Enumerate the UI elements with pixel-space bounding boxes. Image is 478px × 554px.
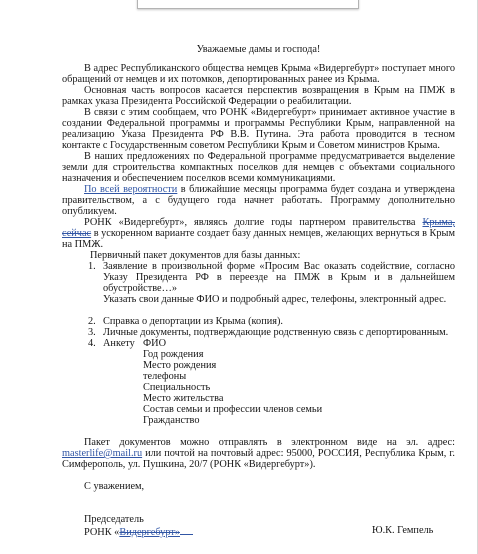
list-item-2: 2. Справка о депортации из Крыма (копия)… (62, 316, 455, 327)
list-number: 4. (88, 338, 96, 349)
paragraph-sending-documents: Пакет документов можно отправлять в элек… (62, 437, 455, 470)
list-item-1-text: Заявление в произвольной форме «Просим В… (103, 261, 455, 294)
underline-tail (180, 525, 193, 535)
email-link[interactable]: masterlife@mail.ru (62, 448, 142, 459)
paragraph-database-rest: в ускоренном варианте создает базу данны… (62, 228, 455, 250)
anketa-field: Год рождения (143, 349, 455, 360)
blank-line (62, 426, 455, 437)
list-item-3-text: Личные документы, подтверждающие родстве… (103, 327, 455, 338)
paragraph-program: В связи с этим сообщаем, что РОНК «Видер… (62, 107, 455, 151)
list-item-3: 3. Личные документы, подтверждающие родс… (62, 327, 455, 338)
salutation: Уважаемые дамы и господа! (62, 44, 455, 55)
paragraph-main-question: Основная часть вопросов касается перспек… (62, 85, 455, 107)
list-item-1: 1. Заявление в произвольной форме «Проси… (62, 261, 455, 305)
list-item-2-text: Справка о депортации из Крыма (копия). (103, 316, 455, 327)
paragraph-database-start: РОНК «Видергебурт», являясь долгие годы … (84, 217, 422, 228)
list-number: 1. (88, 261, 96, 272)
paragraph-proposals: В наших предложениях по Федеральной прог… (62, 151, 455, 184)
closing-text-before-email: Пакет документов можно отправлять в элек… (84, 437, 455, 448)
anketa-field: Гражданство (143, 415, 455, 426)
cropped-ui-panel (137, 0, 359, 9)
tracked-change-inserted-text: Видергебурт» (119, 527, 180, 538)
paragraph-forecast: По всей вероятности в ближайшие месяцы п… (62, 184, 455, 217)
signature-name: Ю.К. Гемпель (372, 525, 433, 536)
anketa-field: Состав семьи и профессии членов семьи (143, 404, 455, 415)
paragraph-intro: В адрес Республиканского общества немцев… (62, 63, 455, 85)
tracked-change-inserted-text: По всей вероятности (84, 184, 177, 195)
signature-block: Председатель РОНК «Видергебурт» Ю.К. Гем… (62, 514, 455, 538)
anketa-field: телефоны (143, 371, 455, 382)
regards-line: С уважением, (62, 481, 455, 492)
list-item-4: 4. Анкету ФИО Год рождения Место рождени… (62, 338, 455, 426)
paragraph-database: РОНК «Видергебурт», являясь долгие годы … (62, 217, 455, 250)
list-number: 3. (88, 327, 96, 338)
anketa-field: Место рождения (143, 360, 455, 371)
list-number: 2. (88, 316, 96, 327)
signature-org-prefix: РОНК « (84, 527, 119, 538)
list-item-1-note: Указать свои данные ФИО и подробный адре… (103, 294, 455, 305)
signature-org-row: РОНК «Видергебурт» Ю.К. Гемпель (62, 525, 455, 538)
signature-title: Председатель (62, 514, 455, 525)
letter-document: Уважаемые дамы и господа! В адрес Респуб… (62, 44, 455, 538)
anketa-field: ФИО (143, 338, 455, 349)
anketa-field: Специальность (143, 382, 455, 393)
blank-line (62, 305, 455, 316)
anketa-field: Место жительства (143, 393, 455, 404)
anketa-fields: ФИО Год рождения Место рождения телефоны… (143, 338, 455, 426)
anketa-block: Анкету ФИО Год рождения Место рождения т… (103, 338, 455, 426)
documents-list-intro: Первичный пакет документов для базы данн… (62, 250, 455, 261)
anketa-label: Анкету (103, 338, 135, 349)
